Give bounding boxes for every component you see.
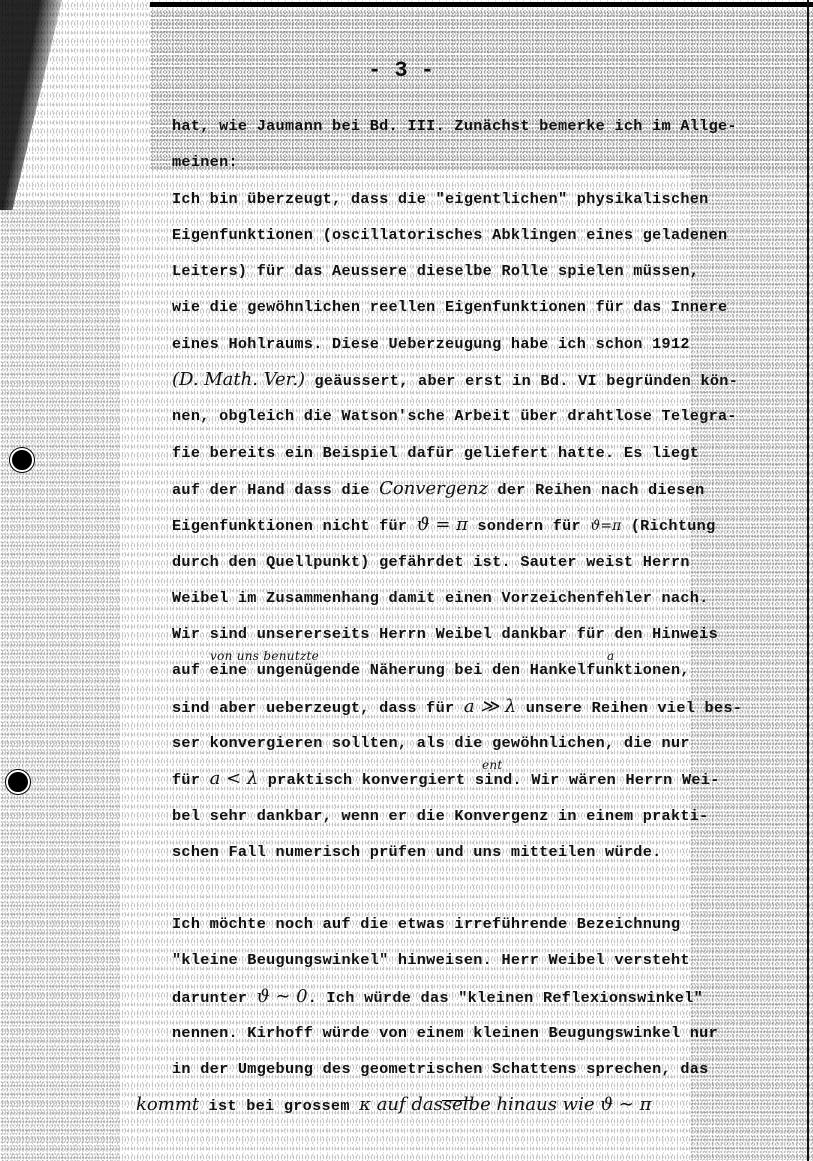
typed-text: nen, obgleich die Watson'sche Arbeit übe…	[172, 407, 737, 425]
text-line: Weibel im Zusammenhang damit einen Vorze…	[172, 580, 792, 616]
handwritten-annotation: ϑ ∼ 0	[257, 986, 308, 1007]
typed-text: durch den Quellpunkt) gefährdet ist. Sau…	[172, 553, 690, 571]
typed-text: (Richtung	[621, 517, 715, 535]
typed-text: sondern für	[468, 517, 590, 535]
typed-text: Eigenfunktionen nicht für	[172, 517, 417, 535]
text-line: darunter ϑ ∼ 0. Ich würde das "kleinen R…	[172, 979, 792, 1015]
text-line: durch den Quellpunkt) gefährdet ist. Sau…	[172, 544, 792, 580]
text-line: hat, wie Jaumann bei Bd. III. Zunächst b…	[172, 108, 792, 144]
typed-text: hat, wie Jaumann bei Bd. III. Zunächst b…	[172, 117, 737, 135]
right-border	[807, 0, 809, 1161]
handwritten-correction: ent	[482, 747, 503, 783]
text-line: von uns benutzteaauf eine ungenügende Nä…	[172, 652, 792, 688]
page-number: - 3 -	[368, 58, 434, 83]
typed-text: Leiters) für das Aeussere dieselbe Rolle…	[172, 262, 699, 280]
typed-text: Ich möchte noch auf die etwas irreführen…	[172, 915, 680, 933]
handwritten-annotation: a < λ	[210, 768, 259, 789]
typed-text: Ich bin überzeugt, dass die "eigentliche…	[172, 190, 709, 208]
page-edge-shadow	[0, 0, 62, 210]
typed-text: wie die gewöhnlichen reellen Eigenfunkti…	[172, 298, 727, 316]
text-line: (D. Math. Ver.) geäussert, aber erst in …	[172, 362, 792, 398]
typed-text: fie bereits ein Beispiel dafür geliefert…	[172, 444, 699, 462]
typed-text: Eigenfunktionen (oscillatorisches Abklin…	[172, 226, 727, 244]
text-line: sind aber ueberzeugt, dass für a ≫ λ uns…	[172, 689, 792, 725]
text-line: eines Hohlraums. Diese Ueberzeugung habe…	[172, 326, 792, 362]
scan-noise-left	[0, 200, 120, 1161]
typed-text: ser konvergieren sollten, als die gewöhn…	[172, 734, 690, 752]
typed-text: . Ich würde das "kleinen Reflexionswinke…	[308, 989, 703, 1007]
typed-text: eines Hohlraums. Diese Ueberzeugung habe…	[172, 335, 690, 353]
text-line: nennen. Kirhoff würde von einem kleinen …	[172, 1015, 792, 1051]
text-line: "kleine Beugungswinkel" hinweisen. Herr …	[172, 942, 792, 978]
handwritten-annotation: ϑ = π	[417, 514, 468, 535]
typed-text: darunter	[172, 989, 257, 1007]
handwritten-insertion: von uns benutzte	[210, 638, 319, 674]
typed-text: der Reihen nach diesen	[488, 481, 705, 499]
text-line: wie die gewöhnlichen reellen Eigenfunkti…	[172, 289, 792, 325]
text-line: Ich bin überzeugt, dass die "eigentliche…	[172, 181, 792, 217]
typed-text: meinen:	[172, 153, 238, 171]
punch-hole-lower	[6, 770, 30, 794]
typed-text: schen Fall numerisch prüfen und uns mitt…	[172, 843, 662, 861]
typed-text: in der Umgebung des geometrischen Schatt…	[172, 1060, 709, 1078]
handwritten-annotation: (D. Math. Ver.)	[172, 369, 305, 390]
handwritten-annotation: kommt	[136, 1094, 199, 1115]
handwritten-annotation: a ≫ λ	[464, 696, 516, 717]
typed-text: geäussert, aber erst in Bd. VI begründen…	[305, 372, 738, 390]
text-line: kommt ist bei grossem κ auf dasselbe hin…	[136, 1087, 792, 1123]
typed-text: auf der Hand dass die	[172, 481, 379, 499]
text-line: schen Fall numerisch prüfen und uns mitt…	[172, 834, 792, 906]
text-line: bel sehr dankbar, wenn er die Konvergenz…	[172, 798, 792, 834]
typed-text: für	[172, 771, 210, 789]
divider-mark	[442, 1100, 472, 1101]
text-line: nen, obgleich die Watson'sche Arbeit übe…	[172, 398, 792, 434]
handwritten-annotation: ϑ=π	[590, 518, 621, 534]
text-line: in der Umgebung des geometrischen Schatt…	[172, 1051, 792, 1087]
typed-text: unsere Reihen viel bes-	[516, 699, 742, 717]
text-line: meinen:	[172, 144, 792, 180]
text-line: Leiters) für das Aeussere dieselbe Rolle…	[172, 253, 792, 289]
typed-text: ist bei grossem	[199, 1097, 359, 1115]
typed-text: "kleine Beugungswinkel" hinweisen. Herr …	[172, 951, 690, 969]
typed-text: Weibel im Zusammenhang damit einen Vorze…	[172, 589, 709, 607]
typed-text: sind aber ueberzeugt, dass für	[172, 699, 464, 717]
text-line: auf der Hand dass die Convergenz der Rei…	[172, 471, 792, 507]
handwritten-annotation: κ auf dasselbe hinaus wie ϑ ∼ π	[359, 1094, 651, 1115]
text-line: Eigenfunktionen nicht für ϑ = π sondern …	[172, 507, 792, 543]
punch-hole-upper	[10, 448, 34, 472]
text-line: Ich möchte noch auf die etwas irreführen…	[172, 906, 792, 942]
text-line: entfür a < λ praktisch konvergiert sind.…	[172, 761, 792, 797]
typed-text: nennen. Kirhoff würde von einem kleinen …	[172, 1024, 718, 1042]
text-line: fie bereits ein Beispiel dafür geliefert…	[172, 435, 792, 471]
top-border	[150, 2, 813, 7]
typed-letter-body: hat, wie Jaumann bei Bd. III. Zunächst b…	[172, 108, 792, 1124]
typed-text: bel sehr dankbar, wenn er die Konvergenz…	[172, 807, 709, 825]
handwritten-annotation: Convergenz	[379, 478, 488, 499]
text-line: Eigenfunktionen (oscillatorisches Abklin…	[172, 217, 792, 253]
handwritten-correction: a	[607, 638, 614, 674]
